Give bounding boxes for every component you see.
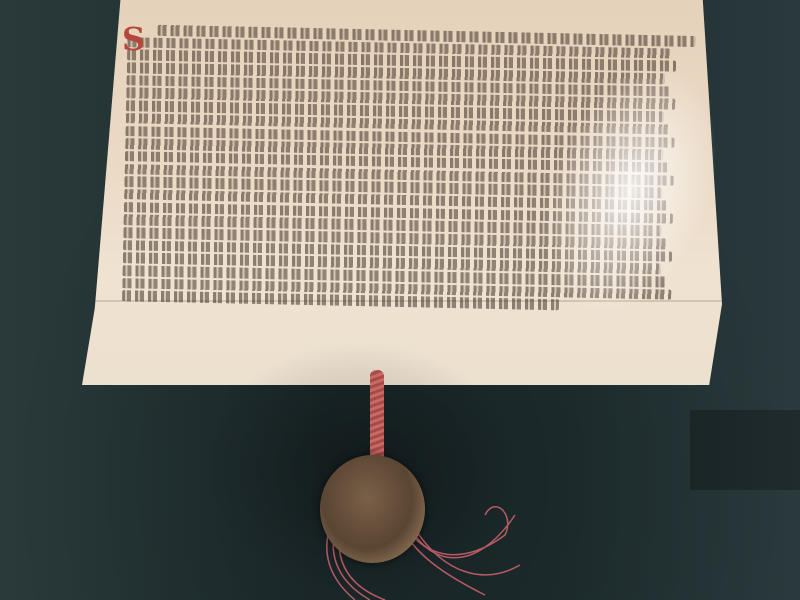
background-reflection [690,410,800,490]
decorated-initial: S [122,20,145,58]
wax-seal [320,455,425,563]
